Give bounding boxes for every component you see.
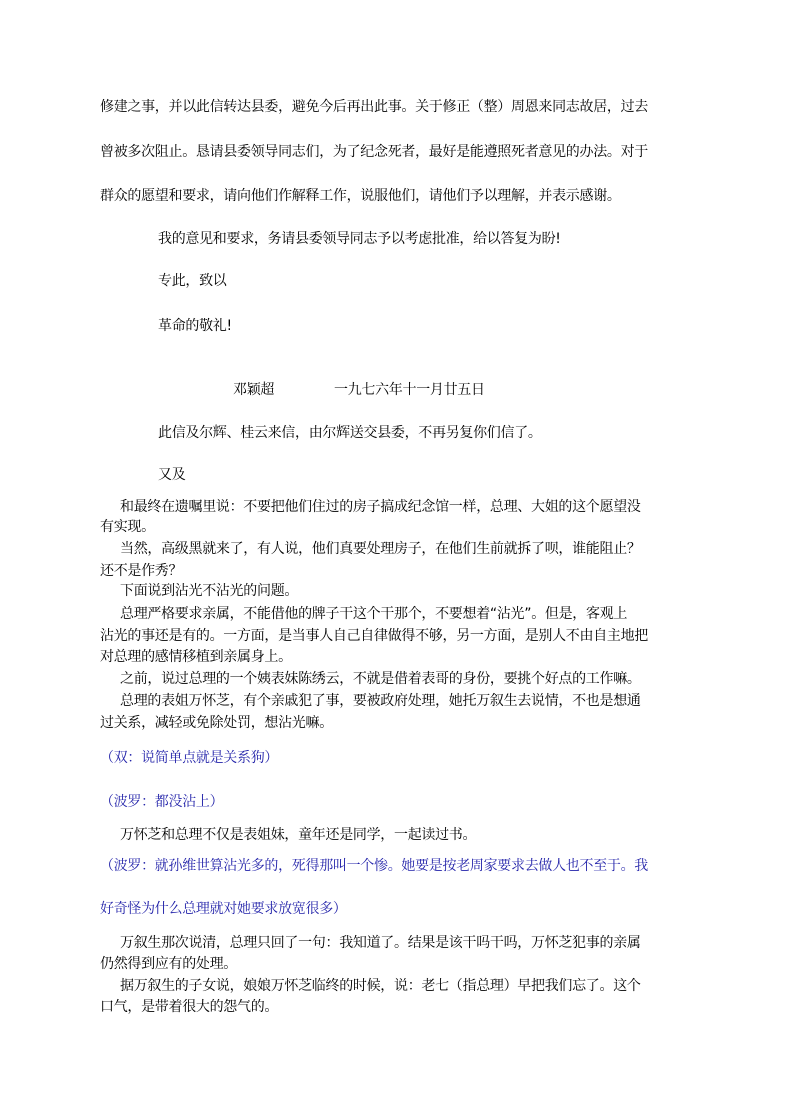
- article-paragraph-line: 当然，高级黑就来了，有人说，他们真要处理房子，在他们生前就拆了呗，谁能阻止？: [120, 540, 641, 558]
- letter-request: 我的意见和要求，务请县委领导同志予以考虑批准，给以答复为盼!: [158, 230, 561, 248]
- article-paragraph-line: 仍然得到应有的处理。: [100, 955, 237, 973]
- article-paragraph-line: 之前，说过总理的一个姨表妹陈绣云，不就是借着表哥的身份，要挑个好点的工作嘛。: [120, 670, 641, 688]
- reader-comment: 好奇怪为什么总理就对她要求放宽很多）: [100, 900, 347, 918]
- article-paragraph-line: 万怀芝和总理不仅是表姐妹，童年还是同学，一起读过书。: [120, 826, 476, 844]
- letter-paragraph-line: 曾被多次阻止。恳请县委领导同志们，为了纪念死者，最好是能遵照死者意见的办法。对于: [100, 143, 648, 161]
- letter-signature: 邓颖超: [233, 381, 274, 399]
- letter-paragraph-line: 群众的愿望和要求，请向他们作解释工作，说服他们，请他们予以理解，并表示感谢。: [100, 187, 621, 205]
- article-paragraph-line: 对总理的感情移植到亲属身上。: [100, 648, 292, 666]
- letter-postscript: 又及: [158, 466, 185, 484]
- article-paragraph-line: 总理的表姐万怀芝，有个亲戚犯了事，要被政府处理，她托万叙生去说情，不也是想通: [120, 692, 641, 710]
- article-paragraph-line: 和最终在遗嘱里说：不要把他们住过的房子搞成纪念馆一样，总理、大姐的这个愿望没: [120, 498, 641, 516]
- article-paragraph-line: 沾光的事还是有的。一方面，是当事人自己自律做得不够，另一方面，是别人不由自主地把: [100, 627, 648, 645]
- article-paragraph-line: 过关系，减轻或免除处罚，想沾光嘛。: [100, 714, 333, 732]
- letter-closing-2: 革命的敬礼!: [158, 317, 232, 335]
- article-paragraph-line: 口气，是带着很大的怨气的。: [100, 998, 278, 1016]
- article-paragraph-line: 下面说到沾光不沾光的问题。: [120, 582, 298, 600]
- article-paragraph-line: 还不是作秀？: [100, 562, 182, 580]
- article-paragraph-line: 总理严格要求亲属，不能借他的牌子干这个干那个，不要想着“沾光”。但是，客观上: [120, 605, 627, 623]
- reader-comment: （双：说简单点就是关系狗）: [100, 749, 278, 767]
- letter-paragraph-line: 修建之事，并以此信转达县委，避免今后再出此事。关于修正（整）周恩来同志故居，过去: [100, 98, 648, 116]
- letter-date: 一九七六年十一月廿五日: [334, 381, 485, 399]
- letter-note: 此信及尔辉、桂云来信，由尔辉送交县委，不再另复你们信了。: [158, 424, 542, 442]
- reader-comment: （波罗：都没沾上）: [100, 793, 223, 811]
- article-paragraph-line: 据万叙生的子女说，娘娘万怀芝临终的时候，说：老七（指总理）早把我们忘了。这个: [120, 977, 641, 995]
- article-paragraph-line: 有实现。: [100, 518, 155, 536]
- article-paragraph-line: 万叙生那次说清，总理只回了一句：我知道了。结果是该干吗干吗，万怀芝犯事的亲属: [120, 934, 641, 952]
- reader-comment: （波罗：就孙维世算沾光多的，死得那叫一个惨。她要是按老周家要求去做人也不至于。我: [100, 857, 648, 875]
- letter-closing-1: 专此，致以: [158, 272, 227, 290]
